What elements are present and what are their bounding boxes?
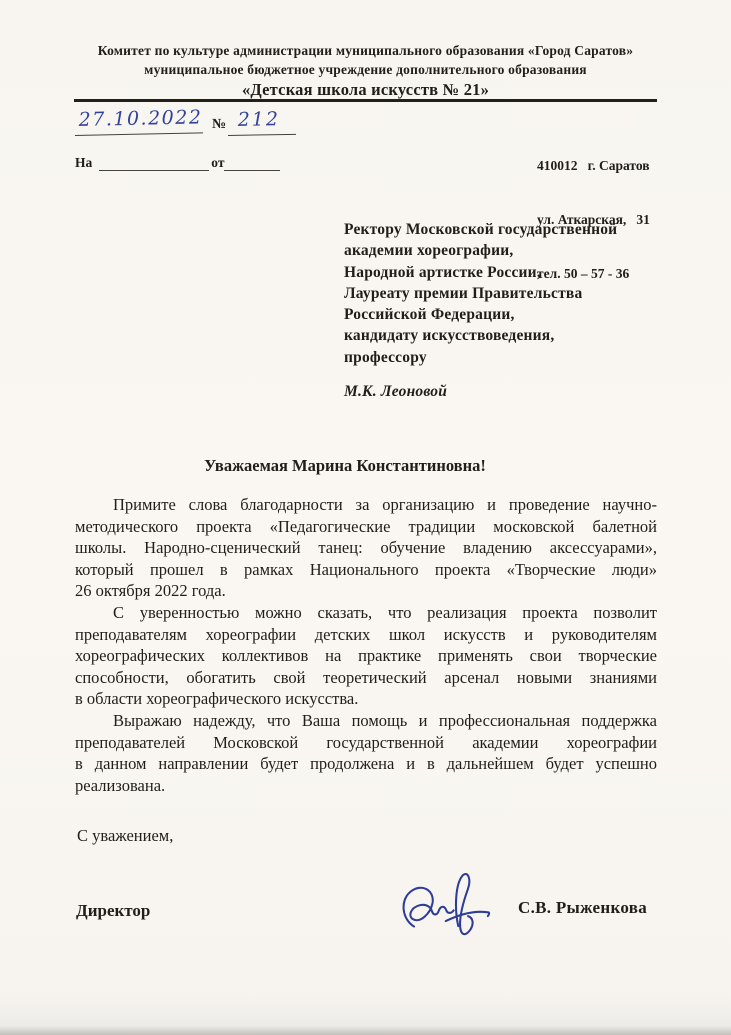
body-line: реализована.	[75, 775, 657, 797]
handwritten-signature-icon	[396, 858, 495, 957]
letterhead-line-2: муниципальное бюджетное учреждение допол…	[38, 61, 693, 80]
recipient-line: кандидату искусствоведения,	[344, 325, 664, 346]
recipient-line: Ректору Московской государственной	[344, 219, 664, 240]
letterhead-line-1: Комитет по культуре администрации муници…	[38, 42, 693, 61]
body-line: Примите слова благодарности за организац…	[75, 494, 657, 516]
body-line: в данном направлении будет продолжена и …	[75, 753, 657, 775]
scanned-letter-page: Комитет по культуре администрации муници…	[0, 0, 731, 1035]
letterhead-school-name: «Детская школа искусств № 21»	[38, 80, 693, 100]
handwritten-date: 27.10.2022	[74, 106, 203, 136]
body-line: способности, обогатить свой теоретически…	[75, 667, 657, 689]
paragraph: Примите слова благодарности за организац…	[75, 494, 657, 602]
scan-bottom-edge-shadow	[0, 1026, 731, 1035]
recipient-line: профессору	[344, 347, 664, 368]
recipient-name: М.К. Леоновой	[344, 381, 664, 402]
ot-label: от	[211, 155, 224, 171]
reply-reference-row: На от	[75, 155, 280, 171]
contact-postal-city: 410012 г. Саратов	[537, 157, 650, 175]
na-label: На	[75, 155, 92, 171]
paragraph: Выражаю надежду, что Ваша помощь и профе…	[75, 710, 657, 796]
na-blank-line	[99, 155, 209, 171]
letterhead: Комитет по культуре администрации муници…	[38, 42, 693, 100]
body-line: преподавателям хореографии детских школ …	[75, 624, 657, 646]
body-line: хореографических коллективов на практике…	[75, 645, 657, 667]
signature-stroke	[454, 874, 473, 935]
recipient-line: Народной артистке России,	[344, 262, 664, 283]
body-line: Выражаю надежду, что Ваша помощь и профе…	[75, 710, 657, 732]
body-line: который прошел в рамках Национального пр…	[75, 559, 657, 581]
recipient-line: Российской Федерации,	[344, 304, 664, 325]
body-line: 26 октября 2022 года.	[75, 580, 657, 602]
signer-name: С.В. Рыженкова	[518, 898, 647, 918]
recipient-line: Лауреату премии Правительства	[344, 283, 664, 304]
recipient-block: Ректору Московской государственной акаде…	[344, 219, 664, 402]
body-line: в области хореографического искусства.	[75, 688, 657, 710]
paragraph: С уверенностью можно сказать, что реализ…	[75, 602, 657, 710]
signer-position-title: Директор	[76, 901, 150, 921]
recipient-line: академии хореографии,	[344, 240, 664, 261]
closing-phrase: С уважением,	[77, 826, 173, 846]
letter-body: Примите слова благодарности за организац…	[75, 494, 657, 796]
body-line: школы. Народно-сценический танец: обучен…	[75, 537, 657, 559]
body-line: методического проекта «Педагогические тр…	[75, 516, 657, 538]
salutation: Уважаемая Марина Константиновна!	[75, 456, 615, 476]
body-line: преподавателей Московской государственно…	[75, 732, 657, 754]
body-line: С уверенностью можно сказать, что реализ…	[75, 602, 657, 624]
handwritten-outgoing-number: 212	[228, 108, 296, 136]
letterhead-divider-rule	[74, 99, 657, 102]
ot-blank-line	[224, 155, 280, 171]
reference-row: 27.10.2022 № 212	[75, 109, 296, 136]
number-sign-label: №	[212, 117, 226, 133]
